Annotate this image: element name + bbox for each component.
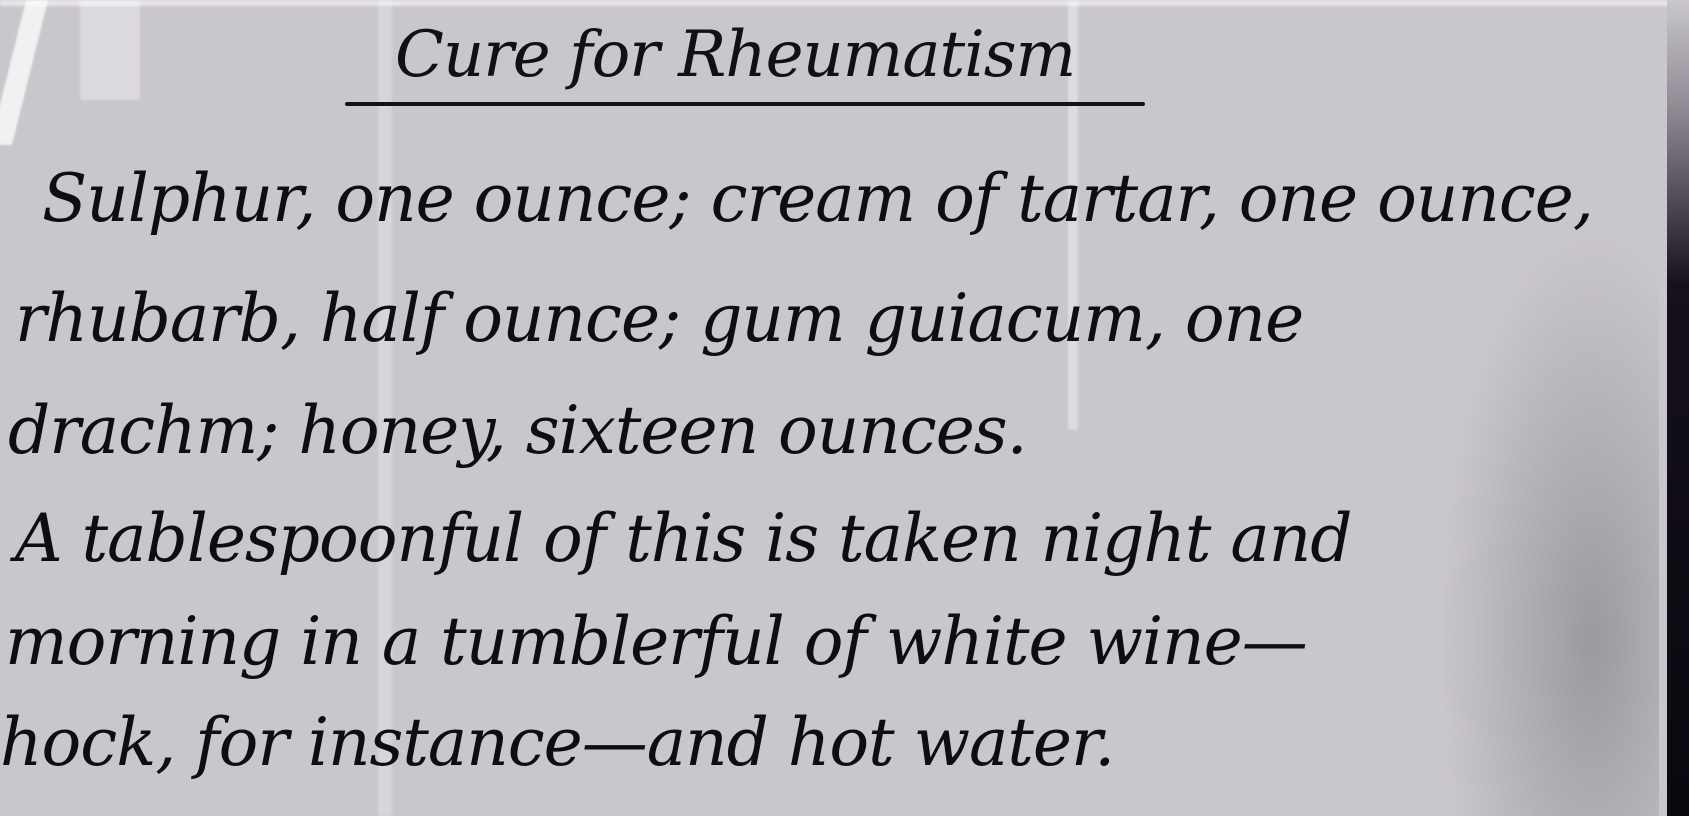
recipe-line-5: morning in a tumblerful of white wine— [5, 603, 1307, 680]
document-title: Cure for Rheumatism [395, 18, 1075, 92]
title-underline [345, 102, 1145, 106]
scan-artifact [0, 0, 1689, 6]
scan-artifact [0, 0, 48, 145]
recipe-line-3: drachm; honey, sixteen ounces. [8, 392, 1027, 469]
recipe-line-4: A tablespoonful of this is taken night a… [15, 500, 1352, 577]
scanned-document-page: Cure for Rheumatism Sulphur, one ounce; … [0, 0, 1689, 816]
paper-stain [1439, 230, 1659, 816]
recipe-line-2: rhubarb, half ounce; gum guiacum, one [15, 280, 1303, 357]
scan-artifact [80, 0, 140, 100]
page-edge-shadow [1667, 0, 1689, 816]
recipe-line-6: hock, for instance—and hot water. [0, 704, 1114, 781]
recipe-line-1: Sulphur, one ounce; cream of tartar, one… [42, 160, 1593, 237]
